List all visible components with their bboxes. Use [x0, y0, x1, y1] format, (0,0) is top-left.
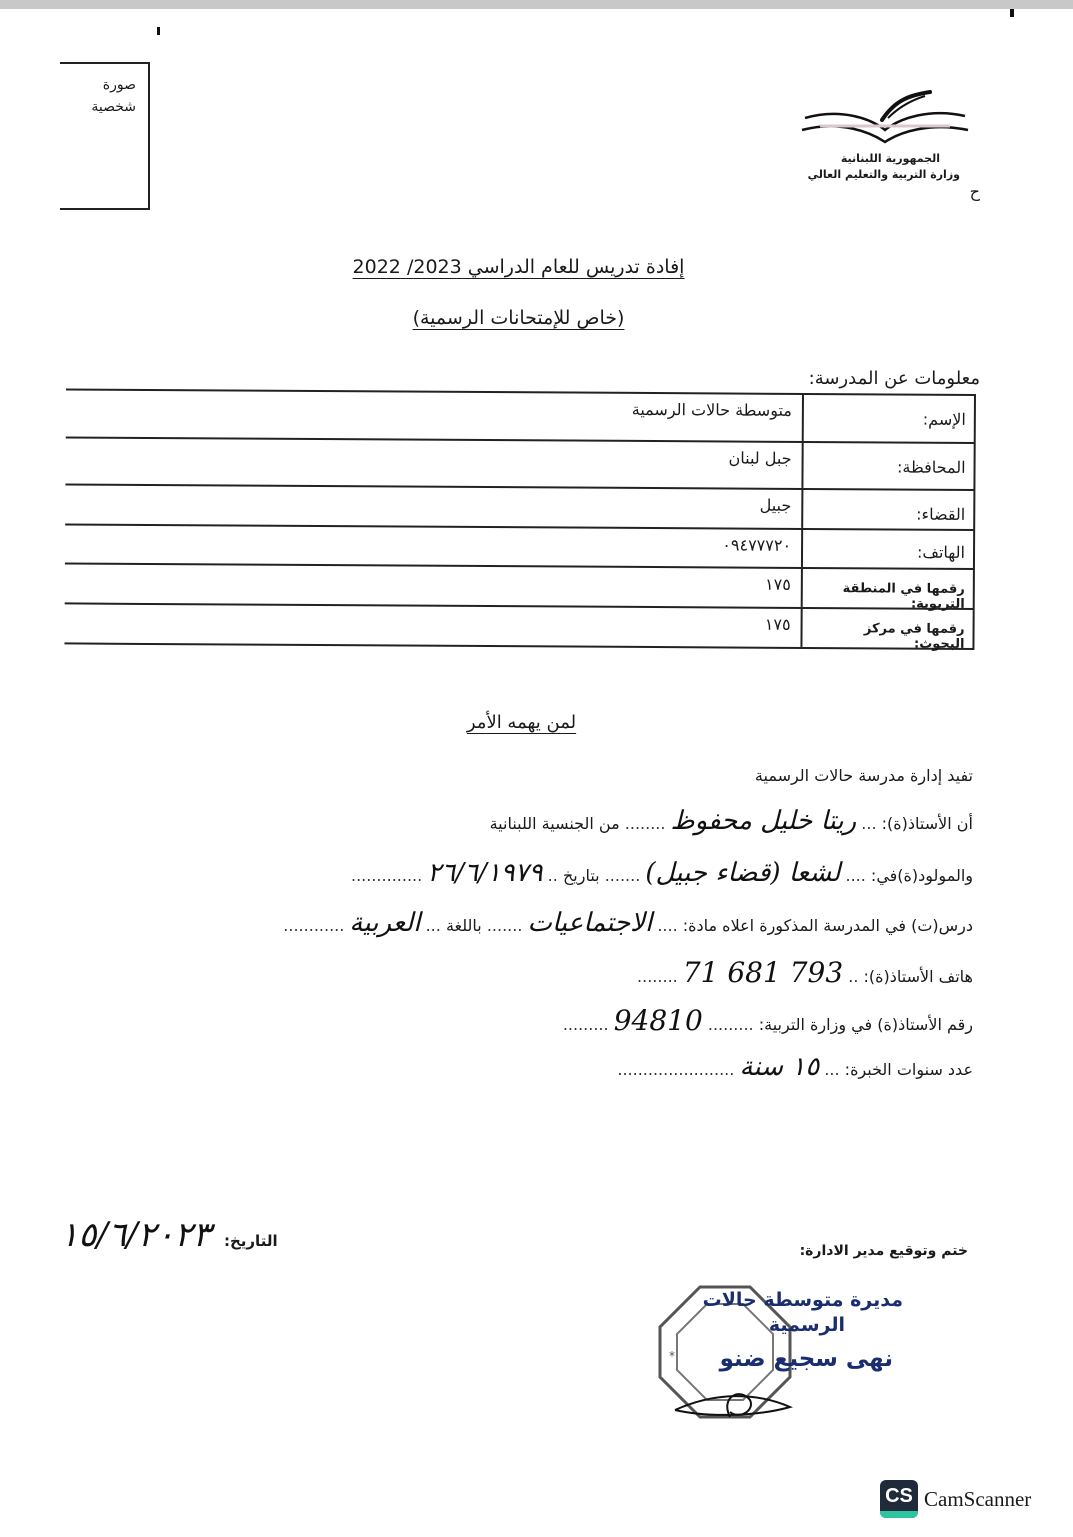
- dotted-fill: ...: [426, 916, 441, 935]
- teacher-phone-line: هاتف الأستاذ(ة): .. 71 681 793 ........: [637, 956, 973, 989]
- photo-box-label: صورة شخصية: [91, 74, 136, 118]
- scan-edge-bar: [0, 0, 1073, 9]
- dotted-fill: .........: [563, 1015, 609, 1034]
- ministry-number-line: رقم الأستاذ(ة) في وزارة التربية: .......…: [563, 1004, 973, 1037]
- stamp-signature-label: ختم وتوقيع مدير الادارة:: [800, 1243, 968, 1259]
- birth-date-handwritten: ٢٦/٦/١٩٧٩: [427, 858, 542, 888]
- birth-place-label: والمولود(ة)في:: [871, 866, 973, 885]
- school-info-table: الإسم: متوسطة حالات الرسمية المحافظة: جب…: [64, 388, 976, 650]
- open-book-quill-icon: [800, 90, 970, 150]
- teacher-name-handwritten: ريتا خليل محفوظ: [671, 806, 857, 836]
- field-label: رقمها في المنطقة التربوية:: [801, 569, 975, 608]
- subject-handwritten: الاجتماعيات: [528, 908, 653, 938]
- teacher-phone-label: هاتف الأستاذ(ة):: [864, 967, 973, 986]
- field-value: جبل لبنان: [65, 438, 801, 487]
- svg-text:*: *: [669, 1349, 675, 1363]
- field-label: رقمها في مركز البحوث:: [800, 609, 974, 648]
- teacher-phone-handwritten: 71 681 793: [683, 956, 843, 989]
- dotted-fill: ....: [845, 866, 865, 885]
- intro-line: تفيد إدارة مدرسة حالات الرسمية: [755, 766, 973, 785]
- subject-line: درس(ت) في المدرسة المذكورة اعلاه مادة: .…: [283, 908, 973, 938]
- logo-mark: ح: [970, 182, 980, 201]
- camscanner-text: CamScanner: [924, 1487, 1031, 1512]
- teacher-label: أن الأستاذ(ة):: [882, 814, 973, 833]
- dotted-fill: ............: [283, 916, 344, 935]
- field-value: جبيل: [65, 485, 801, 527]
- document-title: إفادة تدريس للعام الدراسي 2023/ 2022: [0, 256, 1073, 278]
- scan-speck: [157, 27, 160, 35]
- ministry-number-handwritten: 94810: [614, 1004, 703, 1037]
- dotted-fill: ..............: [351, 866, 422, 885]
- nationality-text: من الجنسية اللبنانية: [490, 814, 620, 833]
- field-label: المحافظة:: [801, 443, 975, 489]
- language-label: باللغة: [446, 916, 482, 935]
- field-value: متوسطة حالات الرسمية: [66, 390, 802, 440]
- experience-handwritten: ١٥ سنة: [739, 1052, 819, 1082]
- field-value: ٠٩٤٧٧٧٢٠: [65, 525, 801, 566]
- date-handwritten: ١٥/٦/٢٠٢٣: [60, 1215, 211, 1255]
- dotted-fill: ...: [861, 814, 876, 833]
- dotted-fill: ..: [548, 866, 558, 885]
- language-handwritten: العربية: [349, 908, 420, 938]
- field-label: الإسم:: [802, 395, 976, 442]
- ministry-number-label: رقم الأستاذ(ة) في وزارة التربية:: [759, 1015, 973, 1034]
- dotted-fill: .......................: [617, 1060, 734, 1079]
- signatory-title-cont: الرسمية: [769, 1314, 845, 1336]
- field-label: الهاتف:: [801, 530, 975, 568]
- table-row: رقمها في المنطقة التربوية: ١٧٥: [65, 562, 975, 608]
- table-row: الهاتف: ٠٩٤٧٧٧٢٠: [65, 523, 975, 568]
- country-name: الجمهورية اللبنانية: [841, 152, 940, 165]
- table-row: المحافظة: جبل لبنان: [65, 436, 975, 489]
- teacher-line: أن الأستاذ(ة): ... ريتا خليل محفوظ .....…: [490, 806, 973, 836]
- dotted-fill: ..: [848, 967, 858, 986]
- to-whom-heading: لمن يهمه الأمر: [0, 712, 1073, 733]
- field-label: القضاء:: [801, 490, 975, 529]
- subject-label: درس(ت) في المدرسة المذكورة اعلاه مادة:: [683, 916, 973, 935]
- dotted-fill: .........: [708, 1015, 754, 1034]
- dotted-fill: ........: [637, 967, 678, 986]
- document-subtitle: (خاص للإمتحانات الرسمية): [0, 307, 1073, 329]
- dotted-fill: ...: [824, 1060, 839, 1079]
- date-label: التاريخ:: [224, 1232, 278, 1250]
- signatory-title: مديرة متوسطة حالات: [703, 1289, 903, 1311]
- scan-speck: [1010, 9, 1014, 17]
- field-value: ١٧٥: [65, 564, 801, 606]
- personal-photo-box: صورة شخصية: [60, 62, 150, 210]
- dotted-fill: ....: [657, 916, 677, 935]
- camscanner-logo-icon: CS: [880, 1480, 918, 1518]
- school-info-heading: معلومات عن المدرسة:: [809, 368, 980, 389]
- ministry-name: وزارة التربية والتعليم العالي: [808, 168, 960, 181]
- date-field: التاريخ: ١٥/٦/٢٠٢٣: [60, 1215, 278, 1255]
- table-row: رقمها في مركز البحوث: ١٧٥: [64, 602, 974, 650]
- dotted-fill: ........: [625, 814, 666, 833]
- birth-place-handwritten: لشعا (قضاء جبيل): [645, 858, 840, 888]
- dotted-fill: .......: [487, 916, 523, 935]
- birth-date-label: بتاريخ: [563, 866, 600, 885]
- field-value: ١٧٥: [64, 604, 800, 646]
- ministry-logo: الجمهورية اللبنانية وزارة التربية والتعل…: [790, 90, 980, 210]
- camscanner-watermark: CS CamScanner: [880, 1480, 1031, 1518]
- table-row: القضاء: جبيل: [65, 483, 975, 529]
- signatory-name: نهى سجيع ضنو: [720, 1346, 893, 1372]
- experience-label: عدد سنوات الخبرة:: [845, 1060, 973, 1079]
- table-row: الإسم: متوسطة حالات الرسمية: [66, 388, 976, 442]
- experience-line: عدد سنوات الخبرة: ... ١٥ سنة ...........…: [617, 1052, 973, 1082]
- birth-line: والمولود(ة)في: .... لشعا (قضاء جبيل) ...…: [351, 858, 973, 888]
- dotted-fill: .......: [605, 866, 641, 885]
